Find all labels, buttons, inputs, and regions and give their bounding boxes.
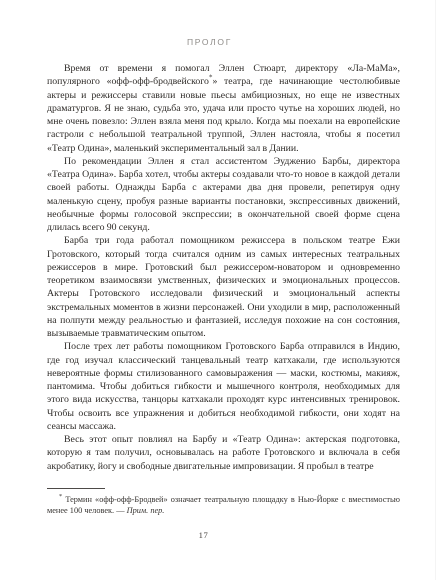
paragraph-1: Время от времени я помогал Эллен Стюарт,… bbox=[47, 62, 400, 155]
paragraph-1-text-post: » театра, где начинающие честолюбивые ак… bbox=[47, 76, 400, 153]
paragraph-3: Барба три года работал помощником режисс… bbox=[47, 234, 400, 340]
paragraph-4: После трех лет работы помощником Гротовс… bbox=[47, 340, 400, 433]
footnote-attribution: Прим. пер. bbox=[127, 506, 165, 515]
footnote: * Термин «офф-офф-Бродвей» означает теат… bbox=[47, 494, 400, 517]
paragraph-2: По рекомендации Эллен я стал ассистентом… bbox=[47, 155, 400, 235]
paragraph-5: Весь этот опыт повлиял на Барбу и «Театр… bbox=[47, 433, 400, 473]
text-block: Время от времени я помогал Эллен Стюарт,… bbox=[47, 62, 400, 473]
footnote-text: Термин «офф-офф-Бродвей» означает театра… bbox=[47, 495, 400, 515]
chapter-heading: ПРОЛОГ bbox=[33, 37, 386, 47]
book-page: ПРОЛОГ Время от времени я помогал Эллен … bbox=[0, 0, 442, 580]
footnote-divider bbox=[47, 488, 105, 489]
footnote-marker: * bbox=[59, 493, 62, 500]
page-number: 17 bbox=[27, 530, 380, 540]
page-edge-shadow bbox=[435, 0, 436, 580]
